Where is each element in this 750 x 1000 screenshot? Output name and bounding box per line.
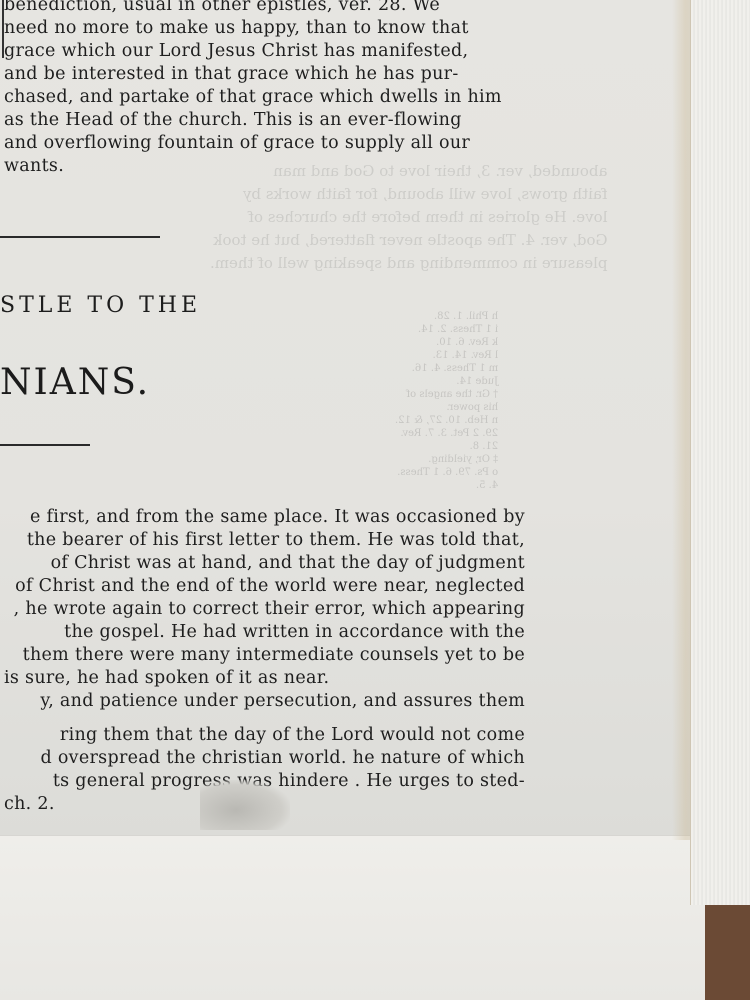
body-paragraph: e first, and from the same place. It was… — [0, 506, 525, 816]
margin-note: 4. 5. — [395, 479, 498, 492]
ghost-line: faith grows, love will abound, for faith… — [210, 183, 607, 206]
section-divider — [0, 236, 160, 238]
margin-note: i 1 Thess. 2. 14. — [395, 323, 498, 336]
margin-note: o Ps. 79. 6. 1 Thess. — [395, 466, 498, 479]
book-page: abounded, ver. 3, their love to God and … — [0, 0, 705, 1000]
book-page-edges — [690, 0, 750, 905]
text-line: the bearer of his first letter to them. … — [0, 529, 525, 552]
margin-note: 21. 8. — [395, 440, 498, 453]
bleedthrough-margin-notes: h Phil. 1. 28. i 1 Thess. 2. 14. k Rev. … — [395, 310, 498, 492]
margin-note: Jude 14. — [395, 375, 498, 388]
margin-note: m 1 Thess. 4. 16. — [395, 362, 498, 375]
ghost-line: God, ver. 4. The apostle never flattered… — [210, 229, 607, 252]
text-line: and overflowing fountain of grace to sup… — [4, 132, 524, 155]
text-line: the gospel. He had written in accordance… — [0, 621, 525, 644]
text-line: , he wrote again to correct their error,… — [0, 598, 525, 621]
chapter-heading-line1: STLE TO THE — [0, 293, 201, 318]
margin-note: n Heb. 10. 27, & 12. — [395, 414, 498, 427]
top-paragraph: benediction, usual in other epistles, ve… — [4, 0, 524, 178]
text-line: benediction, usual in other epistles, ve… — [4, 0, 524, 17]
ghost-line: love. He glories in them before the chur… — [210, 206, 607, 229]
text-line: y, and patience under persecution, and a… — [0, 690, 525, 713]
text-line: need no more to make us happy, than to k… — [4, 17, 524, 40]
text-line: of Christ and the end of the world were … — [0, 575, 525, 598]
text-line: wants. — [4, 155, 524, 178]
text-line: grace which our Lord Jesus Christ has ma… — [4, 40, 524, 63]
paragraph-gap — [0, 713, 525, 724]
text-line: e first, and from the same place. It was… — [0, 506, 525, 529]
text-line: chased, and partake of that grace which … — [4, 86, 524, 109]
heading-underline — [0, 444, 90, 446]
text-line: as the Head of the church. This is an ev… — [4, 109, 524, 132]
margin-note: 29. 2 Pet. 3. 7. Rev. — [395, 427, 498, 440]
column-bar — [2, 0, 4, 58]
page-tear — [200, 780, 290, 830]
margin-note: l Rev. 14. 13. — [395, 349, 498, 362]
margin-note: k Rev. 6. 10. — [395, 336, 498, 349]
text-line: of Christ was at hand, and that the day … — [0, 552, 525, 575]
margin-note: ‡ Or, yielding. — [395, 453, 498, 466]
text-line: and be interested in that grace which he… — [4, 63, 524, 86]
margin-note: h Phil. 1. 28. — [395, 310, 498, 323]
text-line: d overspread the christian world. he nat… — [0, 747, 525, 770]
text-line: ring them that the day of the Lord would… — [0, 724, 525, 747]
folded-page-bottom — [0, 835, 705, 1000]
text-line: them there were many intermediate counse… — [0, 644, 525, 667]
margin-note: † Gr. the angels of — [395, 388, 498, 401]
text-line: is sure, he had spoken of it as near. — [0, 667, 525, 690]
margin-note: his power. — [395, 401, 498, 414]
ghost-line: pleasure in commending and speaking well… — [210, 252, 607, 275]
chapter-heading-line2: NIANS. — [0, 362, 150, 403]
